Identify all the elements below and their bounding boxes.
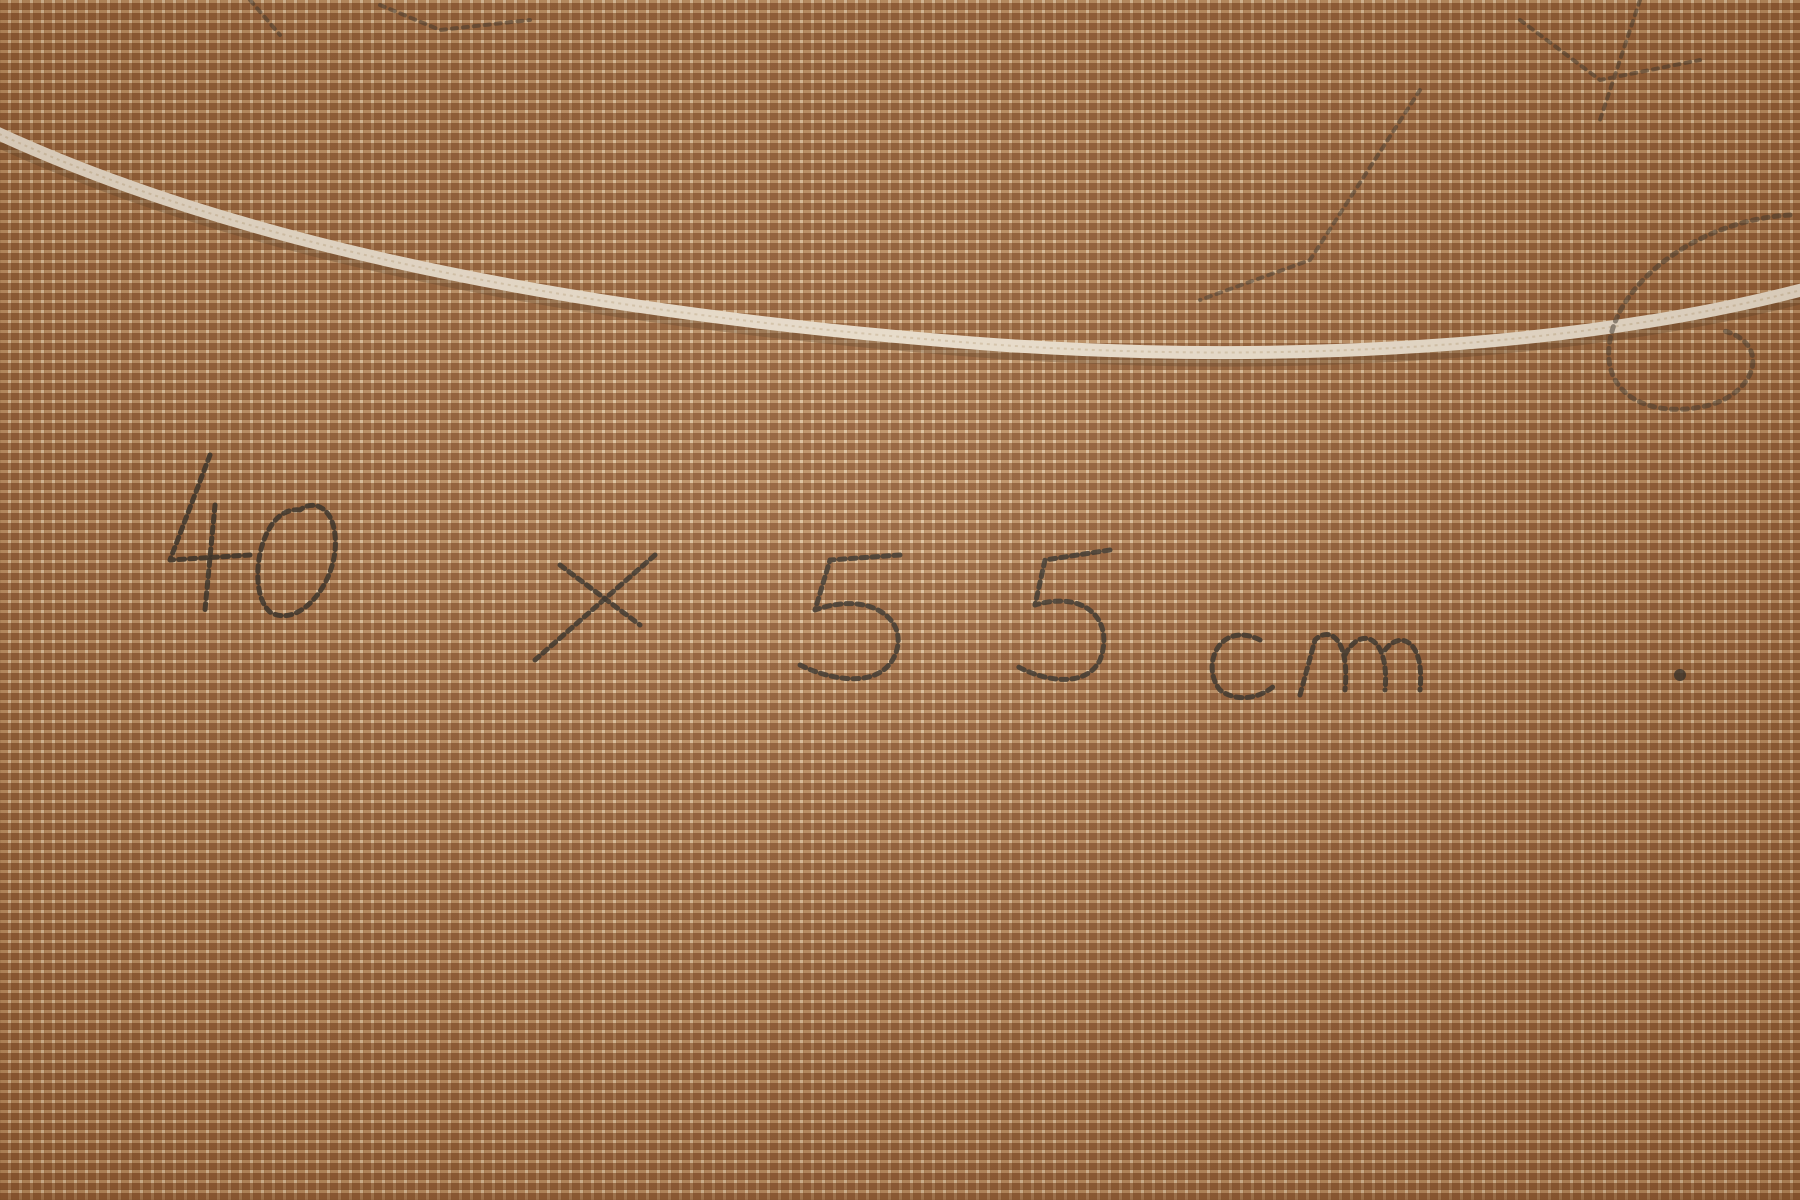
inscription-layer <box>0 0 1800 1200</box>
partial-marks <box>250 0 1790 409</box>
handwritten-inscription <box>170 455 1686 698</box>
canvas-back-photo: 40 × 55 cm. <box>0 0 1800 1200</box>
